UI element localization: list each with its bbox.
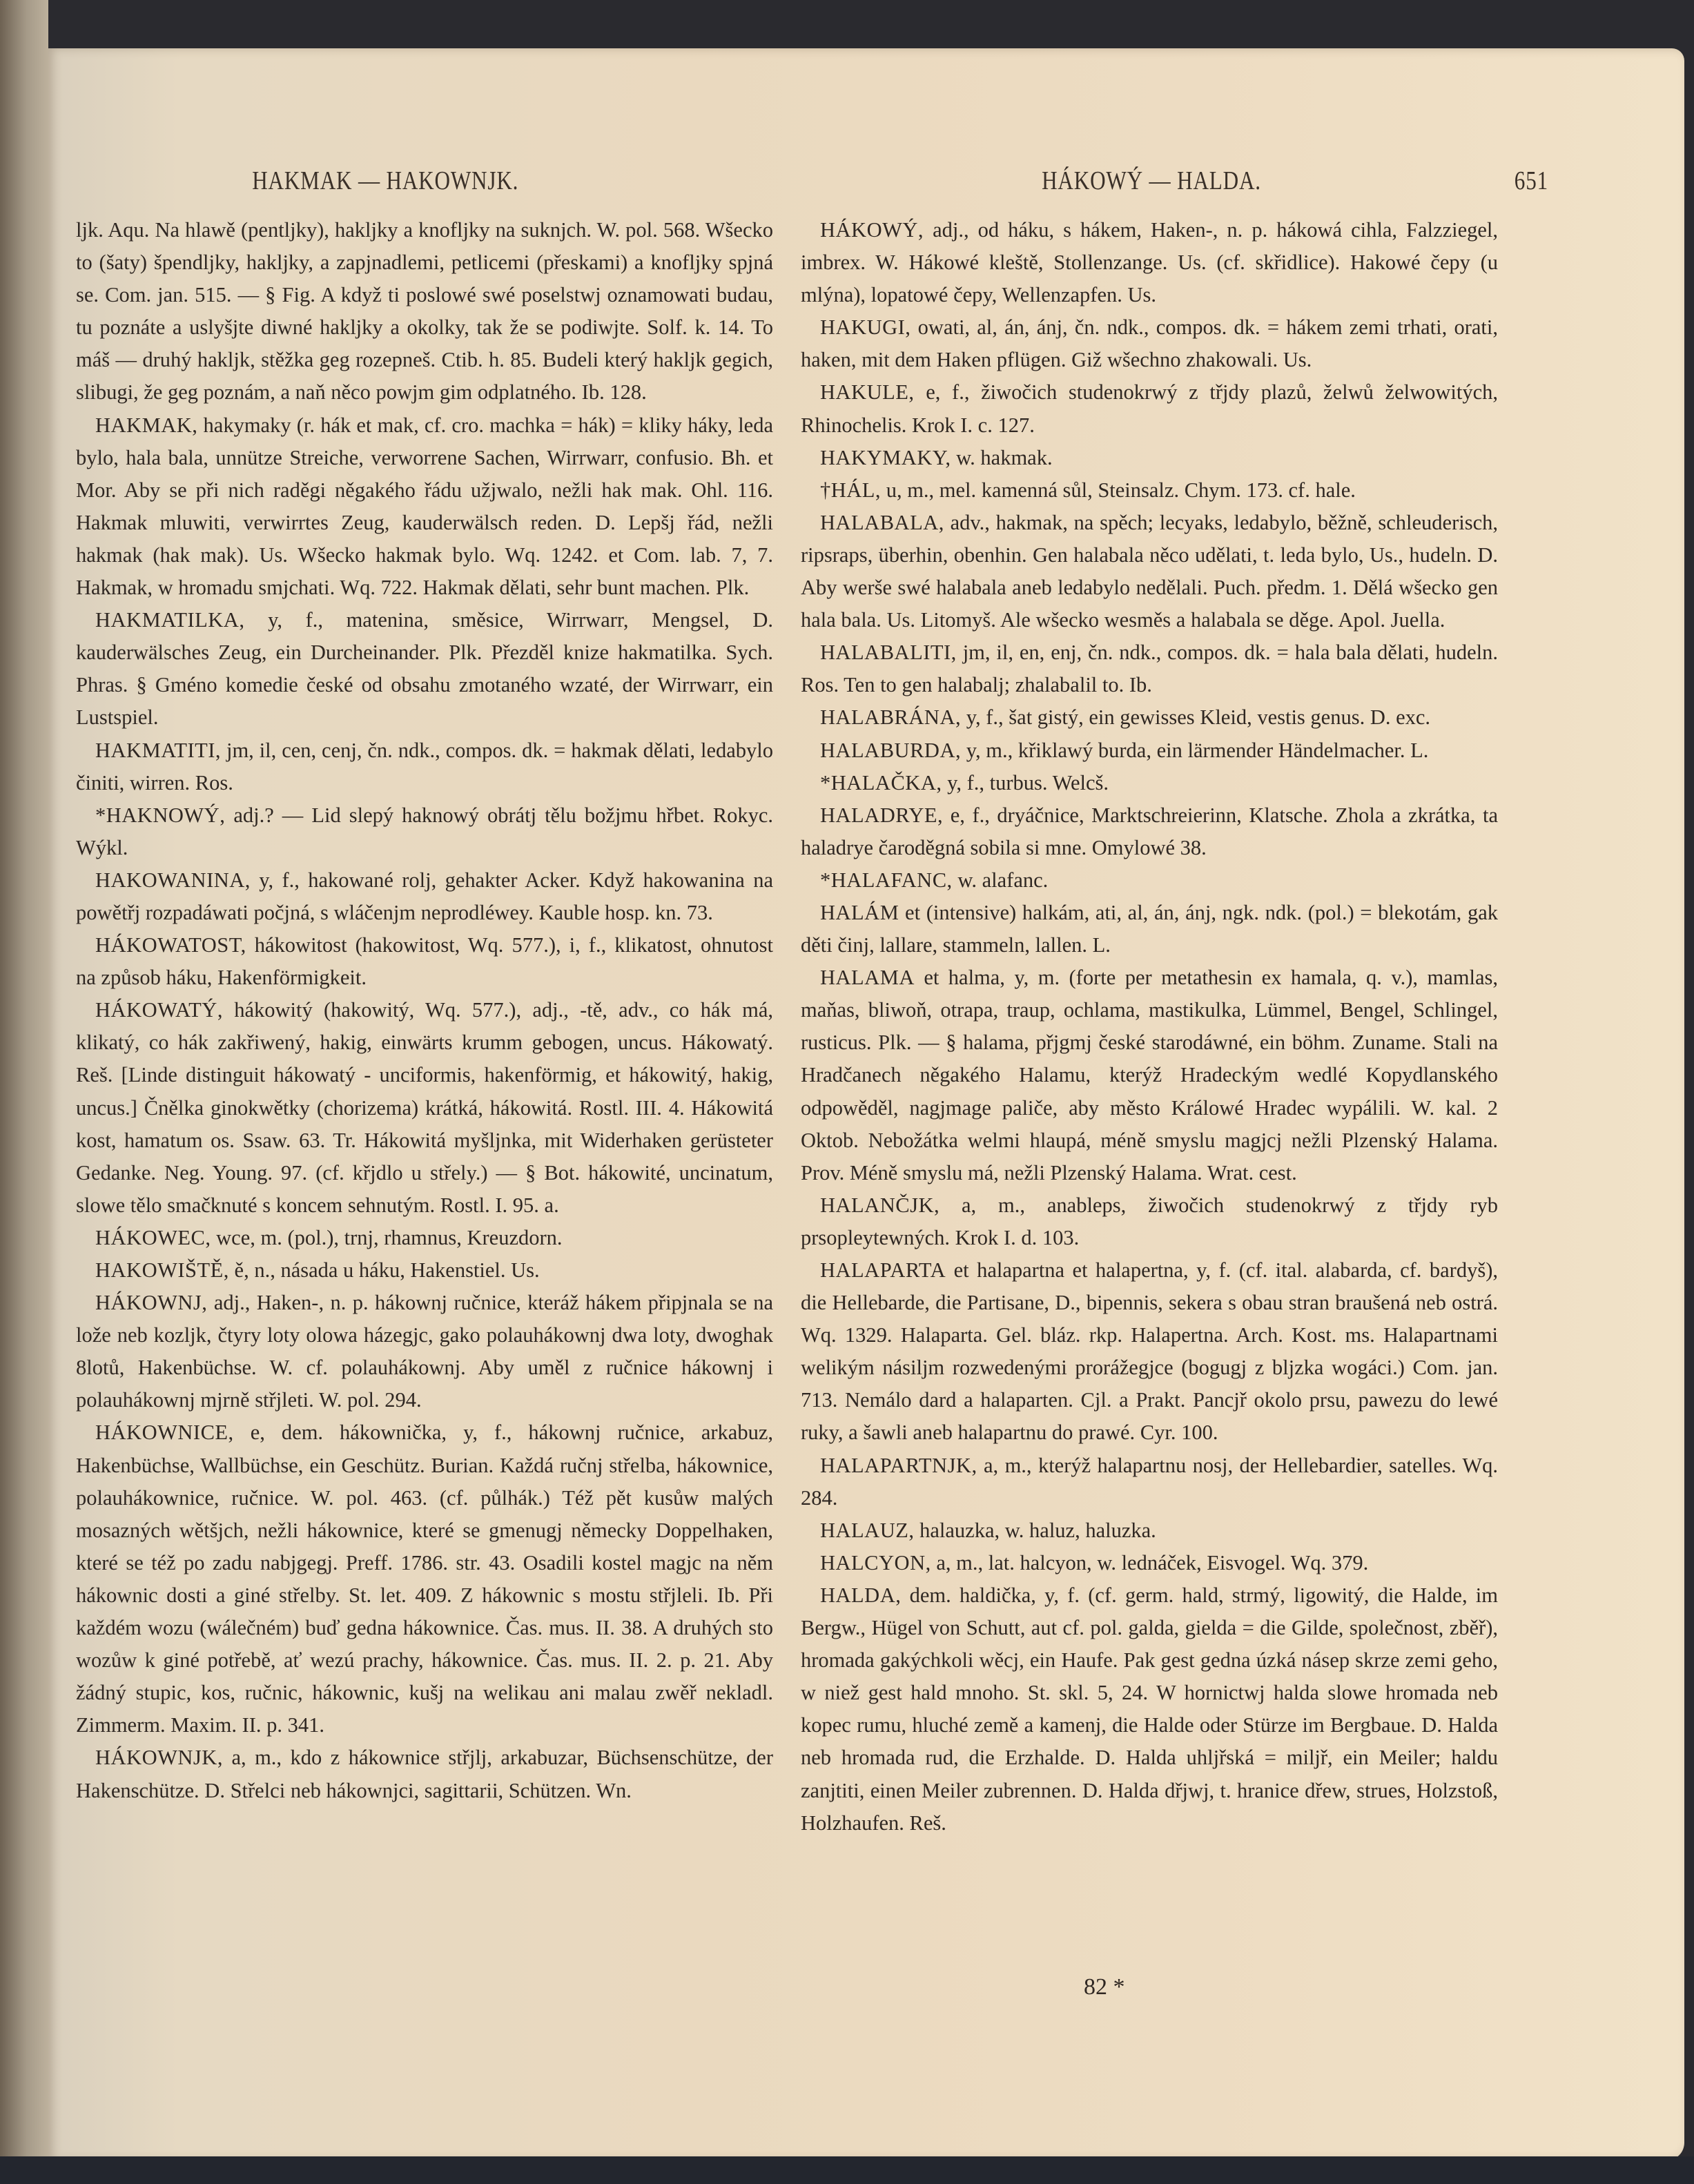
entry: HALADRYE, e, f., dryáčnice, Marktschreie… [801, 799, 1498, 864]
book-spine [0, 0, 48, 2184]
page-number: 651 [1515, 166, 1548, 196]
entry-text: y, f., turbus. Welcš. [947, 771, 1109, 794]
entry-text: ě, n., násada u háku, Hakenstiel. Us. [235, 1258, 540, 1282]
entry-headword: HAKOWANINA, [95, 868, 251, 892]
entry-headword: HALABRÁNA, [820, 705, 961, 729]
entry: HAKUGI, owati, al, án, ánj, čn. ndk., co… [801, 311, 1498, 376]
entry-headword: HÁKOWNICE, [95, 1421, 234, 1444]
entry-headword: HAKOWIŠTĚ, [95, 1258, 229, 1282]
entry: HALAPARTA et halapartna et halapertna, y… [801, 1254, 1498, 1450]
entry: HAKULE, e, f., žiwočich studenokrwý z tř… [801, 376, 1498, 441]
entry: HAKMATILKA, y, f., matenina, směsice, Wi… [76, 604, 773, 734]
entry-text: w. alafanc. [957, 868, 1048, 892]
entry: HALÁM et (intensive) halkám, ati, al, án… [801, 897, 1498, 962]
entry-text: y, m., křiklawý burda, ein lärmender Hän… [966, 739, 1429, 762]
entry: HÁKOWATÝ, hákowitý (hakowitý, Wq. 577.),… [76, 994, 773, 1222]
entry-headword: HAKYMAKY, [820, 446, 951, 469]
entry-headword: HÁKOWNJK, [95, 1746, 223, 1769]
right-column: HÁKOWÝ, adj., od háku, s hákem, Haken-, … [801, 214, 1498, 1840]
entry-headword: *HALAFANC, [820, 868, 953, 892]
entry-text: y, f., šat gistý, ein gewisses Kleid, ve… [966, 705, 1430, 729]
scan-background [0, 2156, 1694, 2184]
entry: *HALAČKA, y, f., turbus. Welcš. [801, 767, 1498, 799]
entry: HALAPARTNJK, a, m., kterýž halapartnu no… [801, 1450, 1498, 1514]
entry: ljk. Aqu. Na hlawě (pentljky), hakljky a… [76, 214, 773, 409]
entry-text: et halma, y, m. (forte per metathesin ex… [801, 966, 1498, 1184]
entry-text: hakymaky (r. hák et mak, cf. cro. machka… [76, 413, 773, 599]
running-head-right: HÁKOWÝ — HALDA. [1042, 166, 1261, 196]
printer-signature: 82 * [1084, 1974, 1125, 2000]
entry-headword: HAKMATILKA, [95, 608, 244, 632]
entry-headword: HALADRYE, [820, 803, 943, 827]
entry: HAKOWANINA, y, f., hakowané rolj, gehakt… [76, 864, 773, 929]
entry: HALABRÁNA, y, f., šat gistý, ein gewisse… [801, 701, 1498, 734]
entry-headword: HÁKOWATOST, [95, 933, 246, 957]
entry: HALANČJK, a, m., anableps, žiwočich stud… [801, 1189, 1498, 1254]
entry: HALABURDA, y, m., křiklawý burda, ein lä… [801, 734, 1498, 767]
entry-headword: HÁKOWNJ, [95, 1291, 207, 1314]
entry: *HAKNOWÝ, adj.? — Lid slepý haknowý obrá… [76, 799, 773, 864]
entry-headword: HALABALA, [820, 511, 944, 534]
entry-headword: HALAMA [820, 966, 915, 989]
entry: HÁKOWÝ, adj., od háku, s hákem, Haken-, … [801, 214, 1498, 311]
entry-headword: HALABURDA, [820, 739, 961, 762]
entry-headword: HAKUGI, [820, 315, 911, 339]
entry-text: ljk. Aqu. Na hlawě (pentljky), hakljky a… [76, 218, 773, 404]
entry-text: et halapartna et halapertna, y, f. (cf. … [801, 1258, 1498, 1444]
entry: HALAUZ, halauzka, w. haluz, haluzka. [801, 1514, 1498, 1547]
entry: HALCYON, a, m., lat. halcyon, w. lednáče… [801, 1547, 1498, 1579]
entry-text: u, m., mel. kamenná sůl, Steinsalz. Chym… [886, 478, 1356, 502]
entry-headword: *HALAČKA, [820, 771, 942, 794]
entry-headword: HALANČJK, [820, 1193, 940, 1217]
entry: HAKYMAKY, w. hakmak. [801, 442, 1498, 474]
entry-headword: HALAPARTNJK, [820, 1454, 977, 1477]
entry-headword: HALAUZ, [820, 1519, 915, 1542]
entry-headword: HALCYON, [820, 1551, 931, 1574]
entry-headword: HÁKOWATÝ, [95, 998, 223, 1022]
entry-headword: HALABALITI, [820, 641, 957, 664]
entry: HÁKOWNJ, adj., Haken-, n. p. hákownj ruč… [76, 1287, 773, 1416]
entry-text: halauzka, w. haluz, haluzka. [919, 1519, 1156, 1542]
entry-headword: HAKMATITI, [95, 739, 221, 762]
entry: HAKOWIŠTĚ, ě, n., násada u háku, Hakenst… [76, 1254, 773, 1287]
entry-text: dem. haldička, y, f. (cf. germ. hald, st… [801, 1583, 1498, 1835]
entry-text: hákowitý (hakowitý, Wq. 577.), adj., -tě… [76, 998, 773, 1217]
entry: HALAMA et halma, y, m. (forte per metath… [801, 962, 1498, 1189]
entry: *HALAFANC, w. alafanc. [801, 864, 1498, 897]
entry-headword: HALAPARTA [820, 1258, 946, 1282]
running-head-left: HAKMAK — HAKOWNJK. [252, 166, 518, 196]
entry-headword: HALÁM [820, 901, 899, 924]
entry-text: e, dem. hákownička, y, f., hákownj ručni… [76, 1421, 773, 1737]
entry-headword: HAKULE, [820, 380, 915, 404]
entry: HAKMATITI, jm, il, cen, cenj, čn. ndk., … [76, 734, 773, 799]
entry-text: et (intensive) halkám, ati, al, án, ánj,… [801, 901, 1498, 957]
entry: HÁKOWNJK, a, m., kdo z hákownice střjlj,… [76, 1742, 773, 1806]
dictionary-page: HAKMAK — HAKOWNJK. HÁKOWÝ — HALDA. 651 l… [48, 48, 1684, 2161]
entry: HÁKOWEC, wce, m. (pol.), trnj, rhamnus, … [76, 1222, 773, 1254]
entry-headword: *HAKNOWÝ, [95, 803, 225, 827]
entry-headword: HALDA, [820, 1583, 901, 1607]
entry-headword: HÁKOWÝ, [820, 218, 924, 242]
entry: HÁKOWNICE, e, dem. hákownička, y, f., há… [76, 1416, 773, 1742]
entry-text: wce, m. (pol.), trnj, rhamnus, Kreuzdorn… [216, 1226, 562, 1249]
entry: HAKMAK, hakymaky (r. hák et mak, cf. cro… [76, 409, 773, 605]
entry: HÁKOWATOST, hákowitost (hakowitost, Wq. … [76, 929, 773, 994]
entry-text: a, m., lat. halcyon, w. lednáček, Eisvog… [936, 1551, 1368, 1574]
entry-headword: †HÁL, [820, 478, 881, 502]
left-column: ljk. Aqu. Na hlawě (pentljky), hakljky a… [76, 214, 773, 1807]
entry: HALDA, dem. haldička, y, f. (cf. germ. h… [801, 1579, 1498, 1840]
running-head: HAKMAK — HAKOWNJK. HÁKOWÝ — HALDA. 651 [48, 166, 1390, 207]
entry: HALABALA, adv., hakmak, na spěch; lecyak… [801, 507, 1498, 636]
entry: HALABALITI, jm, il, en, enj, čn. ndk., c… [801, 636, 1498, 701]
entry: †HÁL, u, m., mel. kamenná sůl, Steinsalz… [801, 474, 1498, 507]
entry-text: w. hakmak. [956, 446, 1052, 469]
entry-headword: HAKMAK, [95, 413, 197, 437]
entry-headword: HÁKOWEC, [95, 1226, 211, 1249]
